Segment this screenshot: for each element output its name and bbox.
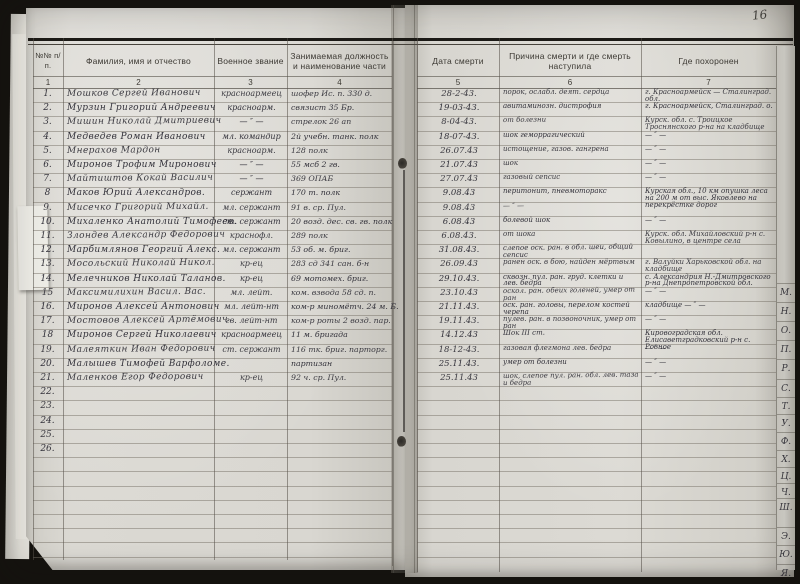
ledger-scan: 16 №№ п/п. Фамилия, имя и отчество Военн… [0,0,800,584]
scan-vignette [0,0,800,584]
